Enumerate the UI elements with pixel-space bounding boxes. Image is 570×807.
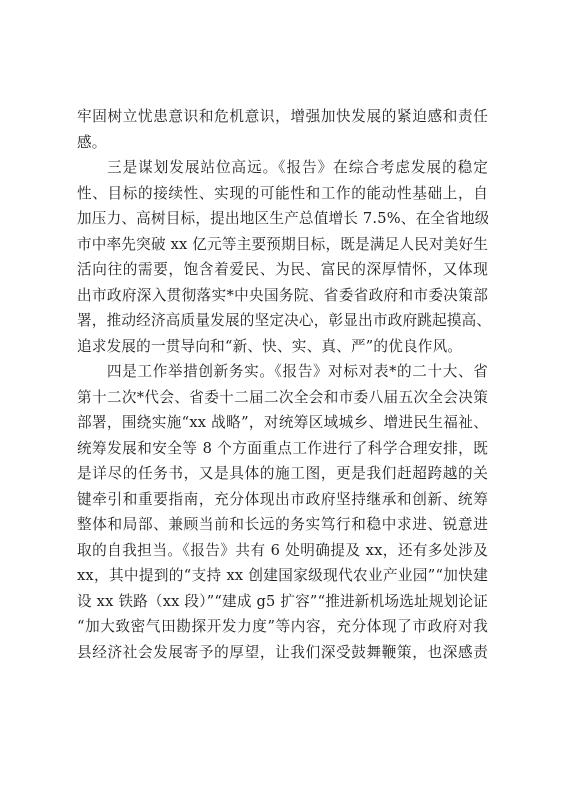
text-line: 署，推动经济高质量发展的坚定决心，彰显出市政府跳起摸高、 — [77, 308, 488, 334]
paragraph-first-line: 三是谋划发展站位高远。《报告》在综合考虑发展的稳定 — [77, 155, 488, 181]
text-line: 取的自我担当。《报告》共有 6 处明确提及 xx，还有多处涉及 — [77, 538, 488, 564]
document-body: 牢固树立忧患意识和危机意识，增强加快发展的紧迫感和责任 感。 三是谋划发展站位高… — [77, 104, 488, 665]
text-line: 统筹发展和安全等 8 个方面重点工作进行了科学合理安排，既 — [77, 436, 488, 462]
text-line: 感。 — [77, 130, 488, 156]
text-line: 追求发展的一贯导向和“新、快、实、真、严”的优良作风。 — [77, 334, 488, 360]
text-line: 设 xx 铁路（xx 段）”“建成 g5 扩容”“推进新机场选址规划论证” — [77, 589, 488, 615]
text-line: 部署，围绕实施“xx 战略”，对统筹区域城乡、增进民生福祉、 — [77, 410, 488, 436]
text-line: 牢固树立忧患意识和危机意识，增强加快发展的紧迫感和责任 — [77, 104, 488, 130]
text-line: 整体和局部、兼顾当前和长远的务实笃行和稳中求进、锐意进 — [77, 512, 488, 538]
text-line: 县经济社会发展寄予的厚望，让我们深受鼓舞鞭策，也深感责 — [77, 640, 488, 666]
text-line: 出市政府深入贯彻落实*中央国务院、省委省政府和市委决策部 — [77, 283, 488, 309]
text-line: 加压力、高树目标，提出地区生产总值增长 7.5%、在全省地级 — [77, 206, 488, 232]
paragraph-first-line: 四是工作举措创新务实。《报告》对标对表*的二十大、省 — [77, 359, 488, 385]
text-line: 是详尽的任务书，又是具体的施工图，更是我们赶超跨越的关 — [77, 461, 488, 487]
document-page: 牢固树立忧患意识和危机意识，增强加快发展的紧迫感和责任 感。 三是谋划发展站位高… — [0, 0, 570, 807]
text-line: 市中率先突破 xx 亿元等主要预期目标，既是满足人民对美好生 — [77, 232, 488, 258]
text-line: “加大致密气田勘探开发力度”等内容，充分体现了市政府对我 — [77, 614, 488, 640]
text-line: 性、目标的接续性、实现的可能性和工作的能动性基础上，自 — [77, 181, 488, 207]
text-line: 第十二次*代会、省委十二届二次全会和市委八届五次全会决策 — [77, 385, 488, 411]
text-line: 键牵引和重要指南，充分体现出市政府坚持继承和创新、统筹 — [77, 487, 488, 513]
text-line: xx，其中提到的“支持 xx 创建国家级现代农业产业园”“加快建 — [77, 563, 488, 589]
text-line: 活向往的需要，饱含着爱民、为民、富民的深厚情怀，又体现 — [77, 257, 488, 283]
